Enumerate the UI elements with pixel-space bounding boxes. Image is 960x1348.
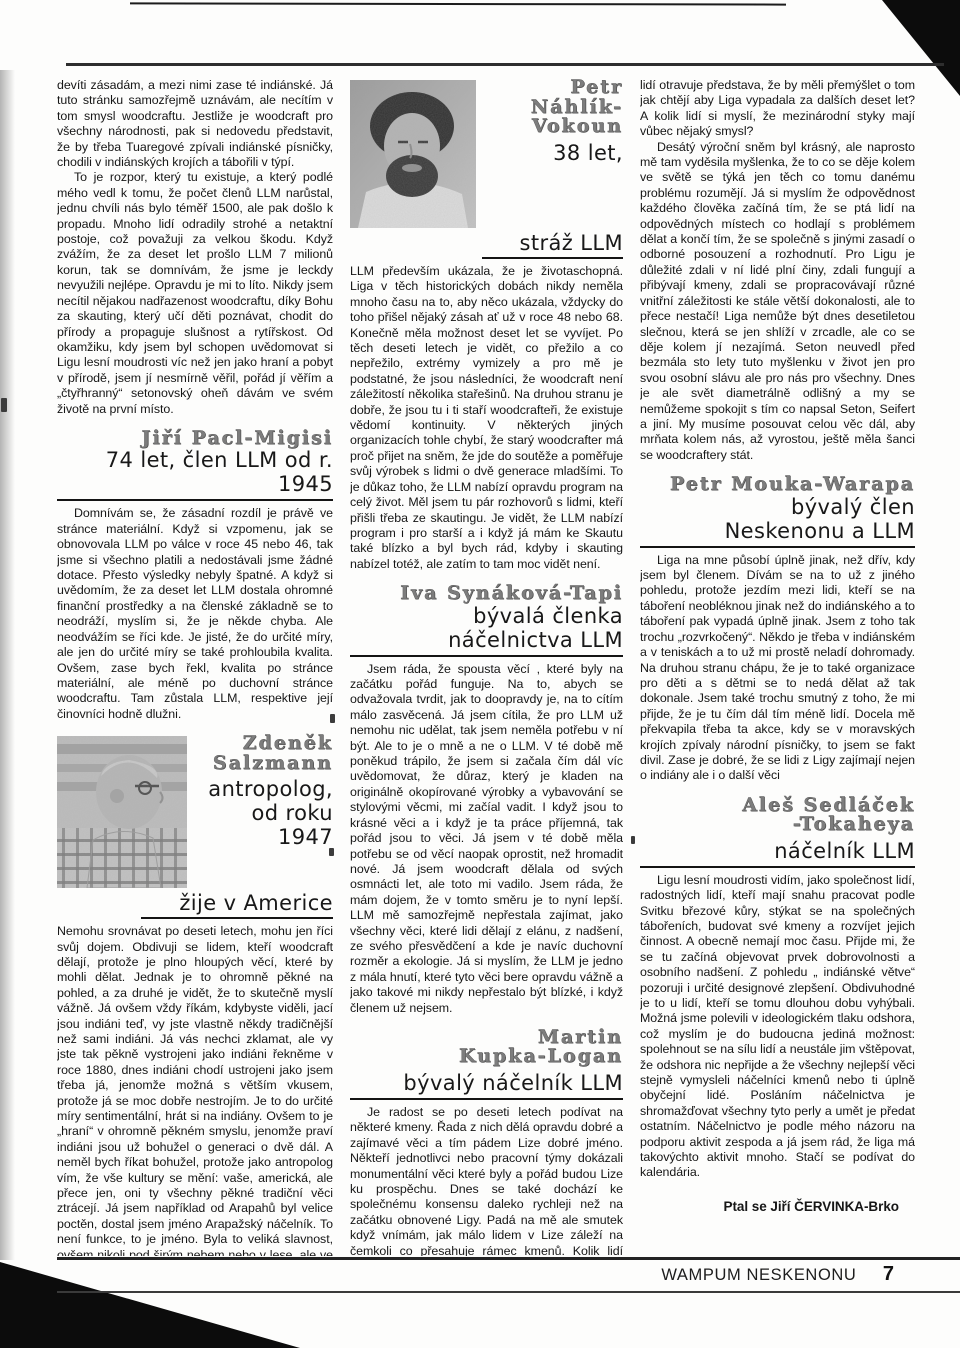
footer-rule-bottom xyxy=(57,1291,960,1293)
answer-paragraph: Ligu lesní moudrosti vidím, jako společn… xyxy=(640,873,915,1181)
column-left: devíti zásadám, a mezi nimi zase té indi… xyxy=(57,78,333,1256)
person-subtitle-underlined: náčelnictva LLM xyxy=(350,628,623,657)
person-subtitle-underlined: náčelník LLM xyxy=(640,839,915,868)
continuation-paragraph: devíti zásadám, a mezi nimi zase té indi… xyxy=(57,78,333,170)
person-name-heading: Kupka-Logan xyxy=(350,1047,623,1067)
scan-speck xyxy=(631,836,635,844)
answer-paragraph: Je radost se po deseti letech podívat na… xyxy=(350,1105,623,1256)
person-name-heading: Jiří Pacl-Migisi xyxy=(57,429,333,449)
footer-rule-top xyxy=(57,1257,960,1260)
answer-paragraph: Domnívám se, že zásadní rozdíl je právě … xyxy=(57,506,333,722)
person-subtitle-underlined: stráž LLM xyxy=(482,231,624,259)
section-jiri-pacl: Jiří Pacl-Migisi 74 let, člen LLM od r. … xyxy=(57,429,333,722)
photo-zdenek-salzmann xyxy=(57,736,187,888)
section-martin-kupka: Martin Kupka-Logan bývalý náčelník LLM J… xyxy=(350,1028,623,1256)
column-middle: Petr Náhlík- Vokoun 38 let, stráž LLM LL… xyxy=(350,78,623,1256)
column-right: lidí otravuje představa, že by měli přem… xyxy=(640,78,915,1256)
person-name-heading: -Tokaheya xyxy=(640,815,915,835)
answer-paragraph: Jsem ráda, že spousta věcí , které byly … xyxy=(350,662,623,1016)
section-iva-synakova: Iva Synáková-Tapi bývalá členka náčelnic… xyxy=(350,584,623,1016)
answer-paragraph-continued: lidí otravuje představa, že by měli přem… xyxy=(640,78,915,140)
scan-top-edge-line xyxy=(130,2,786,5)
person-subtitle-underlined: bývalý náčelník LLM xyxy=(350,1071,623,1100)
answer-paragraph: Nemohu srovnávat po deseti letech, mohu … xyxy=(57,924,333,1256)
scan-speck xyxy=(1,398,7,412)
scan-black-corner-bottom-left xyxy=(0,1262,300,1348)
scanned-magazine-page: devíti zásadám, a mezi nimi zase té indi… xyxy=(0,0,960,1348)
answer-paragraph: Desátý výroční sněm byl krásný, ale napr… xyxy=(640,140,915,464)
person-subtitle: bývalý člen xyxy=(640,495,915,519)
magazine-title: WAMPUM NESKENONU xyxy=(661,1266,856,1284)
person-subtitle: 74 let, člen LLM od r. 1945 xyxy=(57,448,333,501)
section-ales-sedlacek: Aleš Sedláček -Tokaheya náčelník LLM Lig… xyxy=(640,796,915,1181)
section-petr-mouka: Petr Mouka-Warapa bývalý člen Neskenonu … xyxy=(640,475,915,784)
person-subtitle: bývalá členka xyxy=(350,604,623,628)
scan-left-edge-shadow xyxy=(0,70,15,1260)
section-petr-nahlik: Petr Náhlík- Vokoun 38 let, stráž LLM LL… xyxy=(350,78,623,572)
answer-paragraph: Liga na mne působí úplně jinak, než dřív… xyxy=(640,553,915,784)
section-zdenek-salzmann: Zdeněk Salzmann antropolog, od roku 1947… xyxy=(57,734,333,1256)
page-top-rule xyxy=(66,63,944,66)
answer-paragraph: LLM především ukázala, že je životaschop… xyxy=(350,264,623,572)
photo-petr-nahlik xyxy=(350,80,476,228)
person-subtitle-underlined: žije v Americe xyxy=(141,891,333,919)
page-number: 7 xyxy=(883,1263,894,1285)
person-name-heading: Iva Synáková-Tapi xyxy=(350,584,623,604)
continuation-paragraph: To je rozpor, který tu existuje, a který… xyxy=(57,170,333,417)
page-footer: WAMPUM NESKENONU 7 xyxy=(608,1263,894,1286)
person-subtitle-underlined: Neskenonu a LLM xyxy=(640,519,915,548)
person-name-heading: Petr Mouka-Warapa xyxy=(640,475,915,495)
interviewer-byline: Ptal se Jiří ČERVINKA-Brko xyxy=(640,1199,915,1214)
